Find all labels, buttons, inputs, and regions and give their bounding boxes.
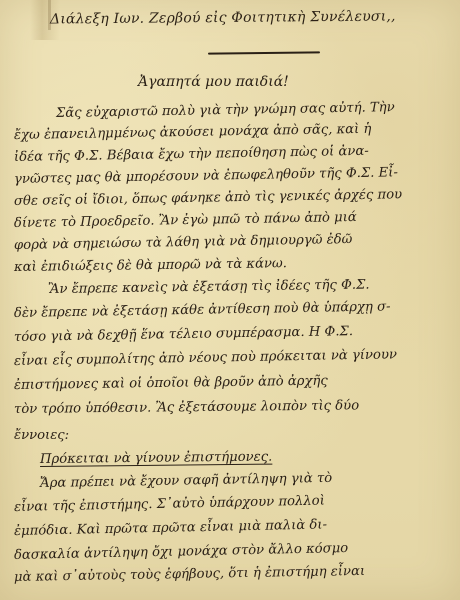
salutation: Ἀγαπητά μου παιδιά! (138, 74, 289, 90)
text-line-8: καὶ ἐπιδιώξεις δὲ θὰ μπορῶ νὰ τὰ κάνω. (14, 256, 287, 275)
text-line-10: δὲν ἔπρεπε νὰ ἐξετάσῃ κάθε ἀντίθεση ποὺ … (14, 299, 391, 321)
text-line-16-heading: Πρόκειται νὰ γίνουν ἐπιστήμονες. (40, 450, 272, 467)
text-line-9: Ἂν ἔπρεπε κανεὶς νὰ ἐξετάσῃ τὶς ἰδέες τῆ… (48, 278, 370, 297)
text-line-3: ἰδέα τῆς Φ.Σ. Βέβαια ἔχω τὴν πεποίθηση π… (14, 144, 369, 165)
text-line-5: σθε σεῖς οἱ ἴδιοι, ὅπως φάνηκε ἀπὸ τὶς γ… (14, 187, 402, 209)
text-line-11: τόσο γιὰ νὰ δεχθῇ ἕνα τέλειο συμπέρασμα.… (14, 324, 353, 345)
text-line-12: εἶναι εἷς συμπολίτης ἀπὸ νέους ποὺ πρόκε… (14, 347, 397, 369)
text-line-17: Ἄρα πρέπει νὰ ἔχουν σαφῆ ἀντίληψη γιὰ τὸ (40, 471, 332, 491)
document-title: Διάλεξη Ιων. Ζερβού εἰς Φοιτητικὴ Συνέλε… (50, 8, 396, 27)
text-line-19: ἐμπόδια. Καὶ πρῶτα πρῶτα εἶναι μιὰ παλιὰ… (14, 517, 327, 539)
text-line-15: ἔννοιες: (14, 428, 69, 443)
text-line-1: Σᾶς εὐχαριστῶ πολὺ γιὰ τὴν γνώμη σας αὐτ… (56, 100, 395, 121)
title-underline-rule (208, 51, 320, 54)
manuscript-page: Διάλεξη Ιων. Ζερβού εἰς Φοιτητικὴ Συνέλε… (0, 0, 460, 600)
text-line-7: φορὰ νὰ σημειώσω τὰ λάθη γιὰ νὰ δημιουργ… (14, 232, 353, 253)
text-line-4: γνῶστες μας θὰ μπορέσουν νὰ ἐπωφεληθοῦν … (14, 165, 398, 187)
text-line-20: δασκαλία ἀντίληψη ὄχι μονάχα στὸν ἄλλο κ… (14, 541, 348, 563)
text-line-18: εἶναι τῆς ἐπιστήμης. Σ᾽αὐτὸ ὑπάρχουν πολ… (14, 493, 325, 515)
text-line-13: ἐπιστήμονες καὶ οἱ ὁποῖοι θὰ βροῦν ἀπὸ ἀ… (14, 374, 328, 393)
text-line-2: ἔχω ἐπανειλημμένως ἀκούσει μονάχα ἀπὸ σᾶ… (14, 122, 372, 143)
text-line-21: μὰ καὶ σ᾽αὐτοὺς τοὺς ἐφήβους, ὅτι ἡ ἐπισ… (14, 564, 365, 585)
heading-underlined-phrase: Πρόκειται νὰ γίνουν ἐπιστήμονες. (40, 450, 272, 467)
text-line-14: τὸν τρόπο ὑπόθεσιν. Ἂς ἐξετάσουμε λοιπὸν… (14, 398, 359, 417)
text-line-6: δίνετε τὸ Προεδρεῖο. Ἂν ἐγὼ μπῶ τὸ πάνω … (14, 210, 357, 231)
